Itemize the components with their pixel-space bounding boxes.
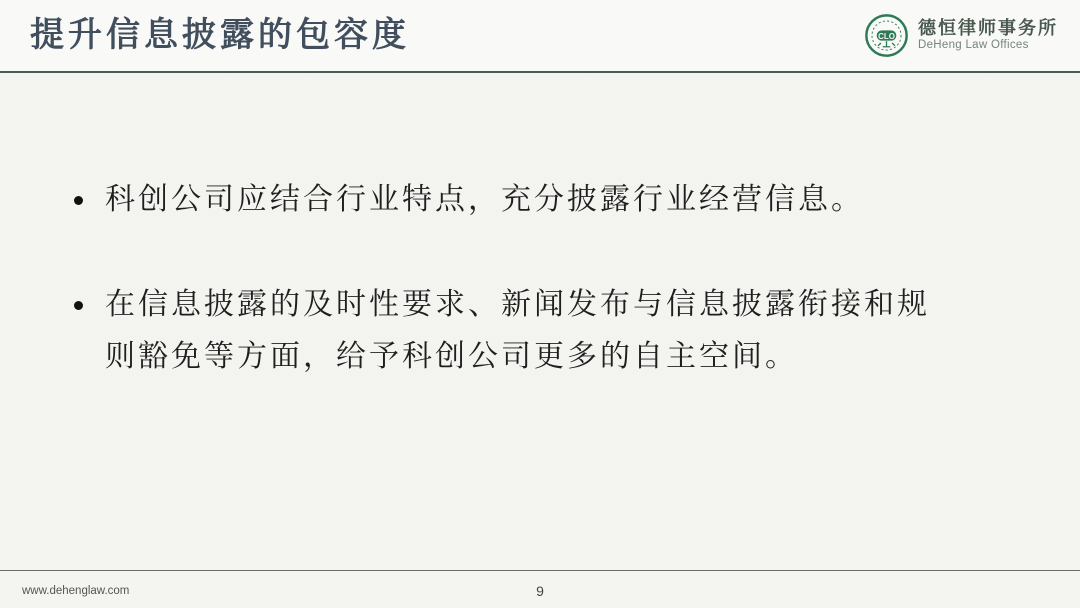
bullet-item: 在信息披露的及时性要求、新闻发布与信息披露衔接和规则豁免等方面，给予科创公司更多… bbox=[74, 279, 1080, 383]
deheng-logo: CLO 德恒律师事务所 DeHeng Law Offices bbox=[864, 13, 1058, 58]
bullet-dot-icon bbox=[74, 301, 83, 310]
deheng-emblem-icon: CLO bbox=[864, 13, 909, 58]
slide-header: 提升信息披露的包容度 CLO 德恒律师事务所 DeHeng Law Office… bbox=[0, 0, 1080, 73]
bullet-text: 在信息披露的及时性要求、新闻发布与信息披露衔接和规则豁免等方面，给予科创公司更多… bbox=[105, 279, 945, 383]
bullet-dot-icon bbox=[74, 196, 83, 205]
bullet-list: 科创公司应结合行业特点，充分披露行业经营信息。 在信息披露的及时性要求、新闻发布… bbox=[0, 73, 1080, 383]
logo-name-en: DeHeng Law Offices bbox=[918, 39, 1058, 52]
presentation-slide: 提升信息披露的包容度 CLO 德恒律师事务所 DeHeng Law Office… bbox=[0, 0, 1080, 608]
slide-body: 科创公司应结合行业特点，充分披露行业经营信息。 在信息披露的及时性要求、新闻发布… bbox=[0, 73, 1080, 570]
slide-footer: www.dehenglaw.com 9 bbox=[0, 570, 1080, 608]
bullet-text: 科创公司应结合行业特点，充分披露行业经营信息。 bbox=[105, 174, 864, 226]
logo-names: 德恒律师事务所 DeHeng Law Offices bbox=[918, 19, 1058, 53]
logo-name-cn: 德恒律师事务所 bbox=[918, 19, 1058, 40]
page-number: 9 bbox=[0, 583, 1080, 599]
bullet-item: 科创公司应结合行业特点，充分披露行业经营信息。 bbox=[74, 174, 1080, 226]
emblem-text: CLO bbox=[878, 32, 895, 41]
